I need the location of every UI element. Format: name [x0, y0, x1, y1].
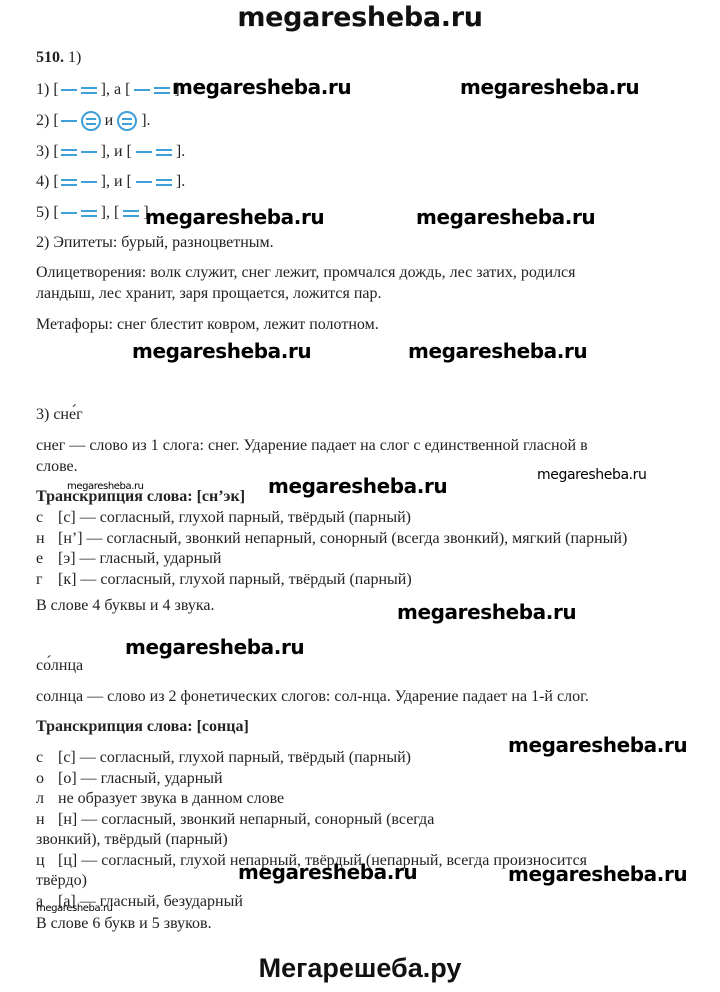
- phonetic-row: лне образует звука в данном слове: [36, 789, 587, 810]
- word1-summary: В слове 4 буквы и 4 звука.: [36, 596, 214, 616]
- phonetic-row: а[а] — гласный, безударный: [36, 892, 587, 913]
- metaphors-line: Метафоры: снег блестит ковром, лежит пол…: [36, 315, 379, 335]
- scheme-text: ].: [141, 111, 150, 131]
- subject-line-icon: [61, 212, 77, 214]
- watermark: megaresheba.ru: [416, 205, 595, 229]
- watermark: megaresheba.ru: [537, 467, 647, 483]
- phonetic-description: звонкий), твёрдый (парный): [36, 830, 228, 851]
- phonetic-letter: ц: [36, 851, 58, 872]
- predicate-line-icon: [123, 210, 139, 217]
- phonetic-description: [э] — гласный, ударный: [58, 549, 221, 570]
- part1-label: 1): [68, 49, 81, 66]
- scheme-row: 4) [], и [].: [36, 172, 187, 192]
- phonetic-letter: н: [36, 810, 58, 831]
- watermark: megaresheba.ru: [172, 75, 351, 99]
- predicate-line-icon: [156, 179, 172, 186]
- phonetic-letter: н: [36, 529, 58, 550]
- phonetic-description: [н’] — согласный, звонкий непарный, соно…: [58, 529, 627, 550]
- watermark: megaresheba.ru: [36, 903, 113, 914]
- phonetic-row: н[н] — согласный, звонкий непарный, соно…: [36, 810, 587, 831]
- watermark: megaresheba.ru: [460, 75, 639, 99]
- phonetic-row: о[о] — гласный, ударный: [36, 769, 587, 790]
- site-footer-logo[interactable]: Мегарешеба.ру: [0, 953, 720, 984]
- scheme-text: ].: [176, 172, 185, 192]
- subject-line-icon: [81, 181, 97, 183]
- scheme-row: 2) [и].: [36, 111, 153, 131]
- site-header-logo[interactable]: megaresheba.ru: [0, 2, 720, 33]
- watermark: megaresheba.ru: [67, 481, 144, 492]
- phonetic-letter: е: [36, 549, 58, 570]
- phonetic-row: г[к] — согласный, глухой парный, твёрдый…: [36, 570, 627, 591]
- personification-line-1: Олицетворения: волк служит, снег лежит, …: [36, 263, 576, 283]
- subject-line-icon: [81, 151, 97, 153]
- phonetic-description: [к] — согласный, глухой парный, твёрдый …: [58, 570, 412, 591]
- watermark: megaresheba.ru: [132, 339, 311, 363]
- phonetic-row: с[с] — согласный, глухой парный, твёрдый…: [36, 508, 627, 529]
- word2-syllables: солнца — слово из 2 фонетических слогов:…: [36, 687, 589, 707]
- watermark: megaresheba.ru: [408, 339, 587, 363]
- phonetic-row: е[э] — гласный, ударный: [36, 549, 627, 570]
- predicate-line-icon: [61, 179, 77, 186]
- phonetic-letter: с: [36, 508, 58, 529]
- scheme-label: 5) [: [36, 203, 59, 223]
- subject-line-icon: [136, 151, 152, 153]
- subject-line-icon: [61, 89, 77, 91]
- scheme-text: ].: [176, 142, 185, 162]
- personification-line-2: ландыш, лес хранит, заря прощается, ложи…: [36, 284, 382, 304]
- watermark: megaresheba.ru: [508, 862, 687, 886]
- scheme-row: 1) [], а [].: [36, 80, 186, 100]
- watermark: megaresheba.ru: [508, 733, 687, 757]
- subject-line-icon: [61, 120, 77, 122]
- word2-phonetic-table: с[с] — согласный, глухой парный, твёрдый…: [36, 748, 587, 912]
- scheme-label: 1) [: [36, 80, 59, 100]
- predicate-line-icon: [154, 87, 170, 94]
- scheme-text: ], [: [101, 203, 120, 223]
- word1-syllables-line-1: снег — слово из 1 слога: снег. Ударение …: [36, 436, 588, 456]
- word2-summary: В слове 6 букв и 5 звуков.: [36, 914, 212, 934]
- scheme-row: 5) [], []: [36, 203, 151, 223]
- scheme-label: 4) [: [36, 172, 59, 192]
- word1-phonetic-table: с[с] — согласный, глухой парный, твёрдый…: [36, 508, 627, 590]
- scheme-text: ], а [: [101, 80, 131, 100]
- circled-predicate-icon: [81, 111, 101, 131]
- word2-transcription: Транскрипция слова: [сонца]: [36, 717, 249, 737]
- scheme-label: 2) [: [36, 111, 59, 131]
- exercise-number: 510.: [36, 49, 64, 66]
- phonetic-letter: г: [36, 570, 58, 591]
- epithets-line: 2) Эпитеты: бурый, разноцветным.: [36, 233, 274, 253]
- phonetic-letter: л: [36, 789, 58, 810]
- scheme-text: и: [105, 111, 114, 131]
- phonetic-row: с[с] — согласный, глухой парный, твёрдый…: [36, 748, 587, 769]
- phonetic-description: [н] — согласный, звонкий непарный, сонор…: [58, 810, 434, 831]
- word1-heading: 3) сне́г: [36, 405, 83, 425]
- phonetic-description: [с] — согласный, глухой парный, твёрдый …: [58, 748, 411, 769]
- phonetic-row: н[н’] — согласный, звонкий непарный, сон…: [36, 529, 627, 550]
- subject-line-icon: [136, 181, 152, 183]
- phonetic-description: [с] — согласный, глухой парный, твёрдый …: [58, 508, 411, 529]
- scheme-row: 3) [], и [].: [36, 142, 187, 162]
- phonetic-row: звонкий), твёрдый (парный): [36, 830, 587, 851]
- phonetic-letter: с: [36, 748, 58, 769]
- scheme-text: ], и [: [101, 172, 132, 192]
- predicate-line-icon: [81, 210, 97, 217]
- phonetic-description: [о] — гласный, ударный: [58, 769, 223, 790]
- word1-syllables-line-2: слове.: [36, 457, 78, 477]
- scheme-label: 3) [: [36, 142, 59, 162]
- watermark: megaresheba.ru: [125, 635, 304, 659]
- scheme-text: ], и [: [101, 142, 132, 162]
- watermark: megaresheba.ru: [397, 600, 576, 624]
- phonetic-description: не образует звука в данном слове: [58, 789, 284, 810]
- phonetic-description: твёрдо): [36, 871, 87, 892]
- subject-line-icon: [134, 89, 150, 91]
- predicate-line-icon: [156, 149, 172, 156]
- predicate-line-icon: [81, 87, 97, 94]
- watermark: megaresheba.ru: [268, 474, 447, 498]
- predicate-line-icon: [61, 149, 77, 156]
- watermark: megaresheba.ru: [145, 205, 324, 229]
- circled-predicate-icon: [117, 111, 137, 131]
- watermark: megaresheba.ru: [238, 860, 417, 884]
- exercise-heading: 510. 1): [36, 48, 81, 68]
- word2-heading: со́лнца: [36, 656, 83, 676]
- phonetic-letter: о: [36, 769, 58, 790]
